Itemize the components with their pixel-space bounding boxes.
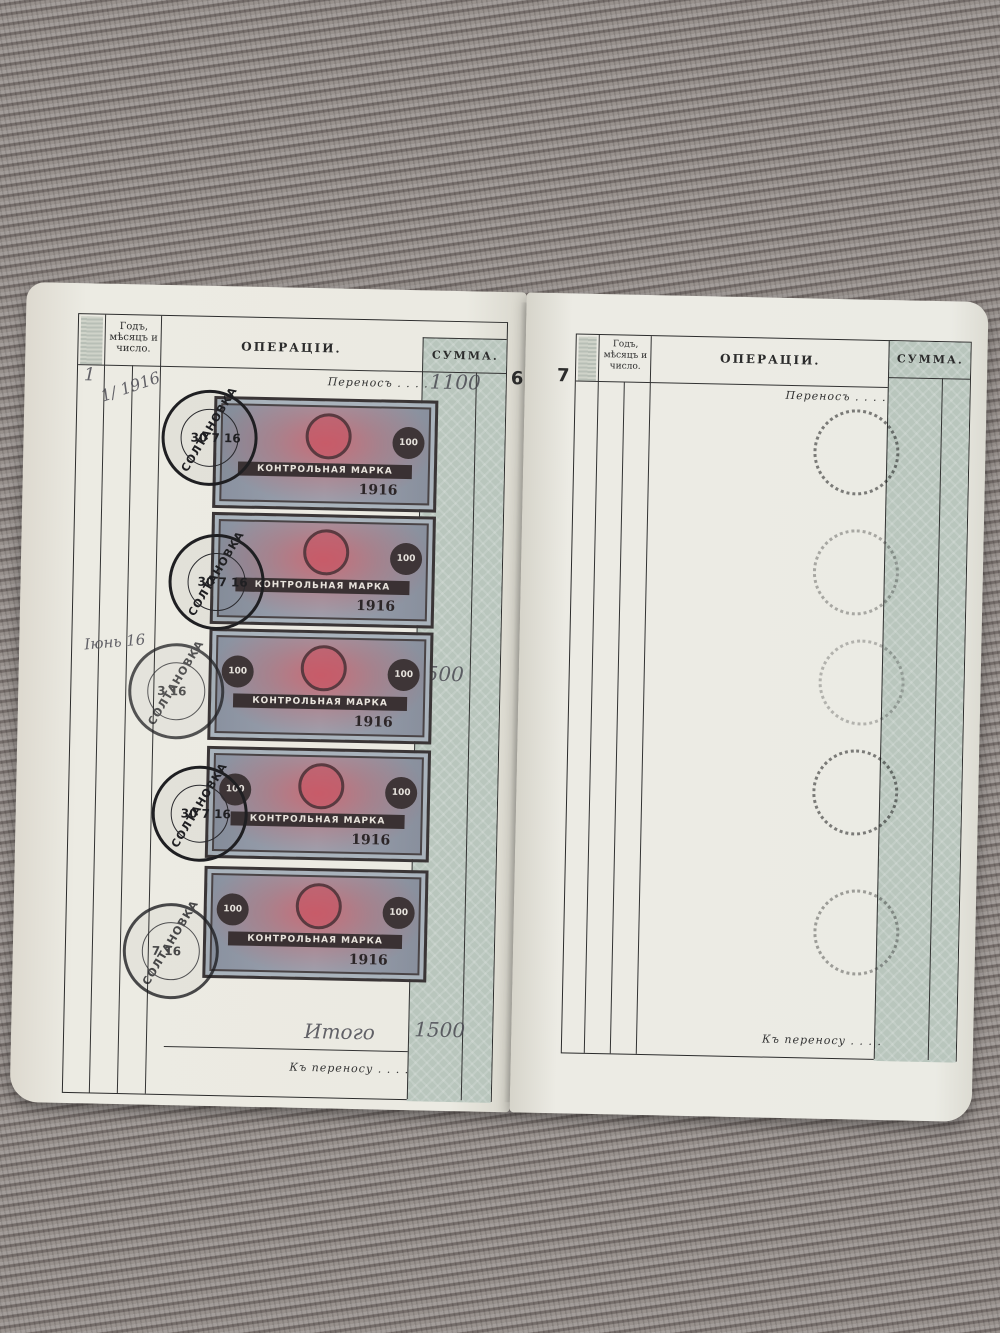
right-ledger-table: Годъ, мѣсяцъ и число. ОПЕРАЦІИ. СУММА. П… [561,333,972,1061]
postmark-date: 30 7 16 [181,806,231,821]
row-number: 1 [84,364,96,385]
postmark-town: СОЛТАНОВКА [140,898,201,988]
header-divider [576,381,888,389]
stamp-label: КОНТРОЛЬНАЯ МАРКА [230,811,404,829]
stamp-year: 1916 [354,714,393,731]
date-column-header: Годъ, мѣсяцъ и число. [600,339,651,373]
entry-date-2: Іюнь 16 [84,630,146,653]
postmark-date: 30 7 16 [197,575,247,590]
total-underline [164,1046,408,1052]
eagle-emblem-icon [295,883,342,930]
stamp-denomination: 100 [390,543,423,576]
left-page: Годъ, мѣсяцъ и число. ОПЕРАЦІИ. СУММА. П… [10,282,527,1112]
right-narrow-strip [578,337,597,381]
entry-date-1: 1/ 1916 [98,368,162,406]
operations-column-header: ОПЕРАЦІИ. [162,340,420,356]
carry-out-label: Къ переносу . . . . [762,1033,882,1049]
postmark-date: 30 7 16 [190,430,240,445]
postmark-town: СОЛТАНОВКА [145,638,206,728]
stamp-denomination: 100 [216,893,249,926]
eagle-emblem-icon [303,529,350,576]
sum-column-header: СУММА. [424,349,506,362]
stamp-label: КОНТРОЛЬНАЯ МАРКА [233,693,407,711]
sum-column-header: СУММА. [890,353,970,366]
stamp-year: 1916 [358,482,397,499]
eagle-emblem-icon [298,763,345,810]
stamp-denomination: 100 [387,659,420,692]
col-divider [89,315,106,1093]
operations-column-header: ОПЕРАЦІИ. [652,352,888,368]
postmark-town: СОЛТАНОВКА [169,760,230,850]
page-number-7: 7 [557,365,570,386]
stamp-denomination: 100 [221,655,254,688]
col-divider [610,382,625,1054]
total-label: Итого [304,1019,375,1044]
carry-in-amount: 1100 [430,369,481,394]
stamp-year: 1916 [351,832,390,849]
stamp-label: КОНТРОЛЬНАЯ МАРКА [228,931,402,949]
left-narrow-strip [80,316,103,364]
stamp-label: КОНТРОЛЬНАЯ МАРКА [238,461,412,479]
eagle-emblem-icon [300,645,347,692]
date-column-header: Годъ, мѣсяцъ и число. [106,321,161,355]
stamp-year: 1916 [356,598,395,615]
stamp-denomination: 100 [385,777,418,810]
postmark-date: 3 16 [157,684,187,699]
postmark-date: 7 16 [152,944,182,959]
revenue-stamp: 100 100 КОНТРОЛЬНАЯ МАРКА 1916 [202,866,428,983]
carry-in-label: Переносъ . . . . [328,375,429,390]
stamp-denomination: 100 [382,897,415,930]
right-page: 7 Годъ, мѣсяцъ и число. ОПЕРАЦІИ. СУММА.… [510,292,989,1121]
open-ledger-book: Годъ, мѣсяцъ и число. ОПЕРАЦІИ. СУММА. П… [9,282,991,1132]
revenue-stamp: 100 100 КОНТРОЛЬНАЯ МАРКА 1916 [207,628,433,745]
postmark-town: СОЛТАНОВКА [186,529,247,619]
postmark-town: СОЛТАНОВКА [179,384,240,474]
stamp-denomination: 100 [392,427,425,460]
col-divider [584,335,600,1053]
col-divider [117,365,133,1093]
col-divider [636,336,652,1054]
total-amount: 1500 [414,1017,465,1042]
carry-out-label: Къ переносу . . . . [289,1061,409,1077]
carry-in-label: Переносъ . . . . [785,389,886,404]
stamp-year: 1916 [349,952,388,969]
eagle-emblem-icon [305,413,352,460]
